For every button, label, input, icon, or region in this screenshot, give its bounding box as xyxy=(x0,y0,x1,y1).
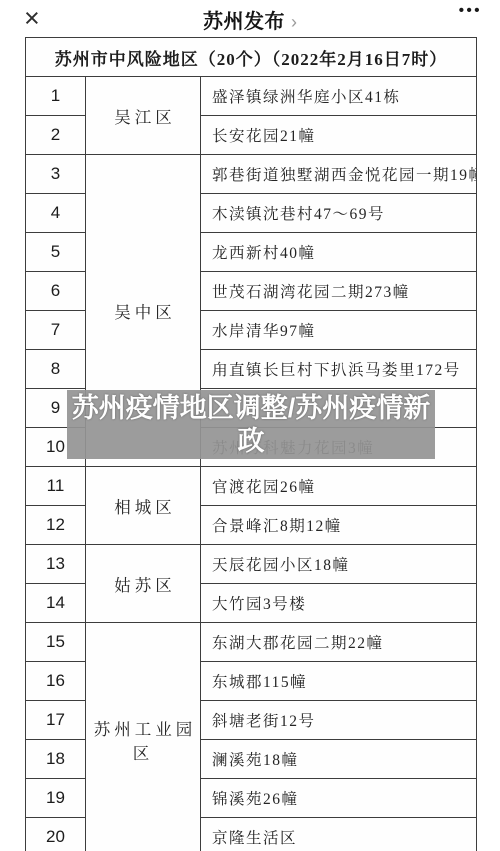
account-title[interactable]: 苏州发布› xyxy=(0,5,500,34)
table-row: 13姑苏区天辰花园小区18幢 xyxy=(26,545,477,584)
row-number-cell: 17 xyxy=(26,701,86,740)
chevron-right-icon: › xyxy=(291,12,297,32)
table-header-row: 苏州市中风险地区（20个）（2022年2月16日7时） xyxy=(26,38,477,77)
row-number-cell: 13 xyxy=(26,545,86,584)
location-cell: 长安花园21幢 xyxy=(201,116,477,155)
location-cell: 东城郡115幢 xyxy=(201,662,477,701)
row-number-cell: 11 xyxy=(26,467,86,506)
table-row: 1吴江区盛泽镇绿洲华庭小区41栋 xyxy=(26,77,477,116)
watermark-caption: 苏州疫情地区调整/苏州疫情新政 xyxy=(67,390,435,459)
row-number-cell: 5 xyxy=(26,233,86,272)
risk-table-body: 1吴江区盛泽镇绿洲华庭小区41栋2长安花园21幢3吴中区郭巷街道独墅湖西金悦花园… xyxy=(26,77,477,851)
location-cell: 合景峰汇8期12幢 xyxy=(201,506,477,545)
location-cell: 京隆生活区 xyxy=(201,818,477,851)
row-number-cell: 14 xyxy=(26,584,86,623)
row-number-cell: 20 xyxy=(26,818,86,851)
location-cell: 澜溪苑18幢 xyxy=(201,740,477,779)
row-number-cell: 16 xyxy=(26,662,86,701)
row-number-cell: 2 xyxy=(26,116,86,155)
location-cell: 东湖大郡花园二期22幢 xyxy=(201,623,477,662)
location-cell: 官渡花园26幢 xyxy=(201,467,477,506)
table-row: 15苏州工业园区东湖大郡花园二期22幢 xyxy=(26,623,477,662)
location-cell: 甪直镇长巨村下扒浜马娄里172号 xyxy=(201,350,477,389)
table-row: 3吴中区郭巷街道独墅湖西金悦花园一期19幢 xyxy=(26,155,477,194)
navbar: × 苏州发布› ••• xyxy=(0,0,500,36)
more-options-icon[interactable]: ••• xyxy=(459,2,482,19)
location-cell: 水岸清华97幢 xyxy=(201,311,477,350)
location-cell: 世茂石湖湾花园二期273幢 xyxy=(201,272,477,311)
row-number-cell: 1 xyxy=(26,77,86,116)
row-number-cell: 4 xyxy=(26,194,86,233)
district-cell: 吴江区 xyxy=(86,77,201,155)
row-number-cell: 3 xyxy=(26,155,86,194)
district-cell: 姑苏区 xyxy=(86,545,201,623)
location-cell: 龙西新村40幢 xyxy=(201,233,477,272)
table-title: 苏州市中风险地区（20个）（2022年2月16日7时） xyxy=(26,38,477,77)
row-number-cell: 18 xyxy=(26,740,86,779)
row-number-cell: 8 xyxy=(26,350,86,389)
location-cell: 郭巷街道独墅湖西金悦花园一期19幢 xyxy=(201,155,477,194)
table-row: 11相城区官渡花园26幢 xyxy=(26,467,477,506)
district-cell: 苏州工业园区 xyxy=(86,623,201,851)
location-cell: 盛泽镇绿洲华庭小区41栋 xyxy=(201,77,477,116)
row-number-cell: 19 xyxy=(26,779,86,818)
page-title: 苏州发布 xyxy=(203,11,285,33)
row-number-cell: 6 xyxy=(26,272,86,311)
row-number-cell: 7 xyxy=(26,311,86,350)
location-cell: 天辰花园小区18幢 xyxy=(201,545,477,584)
location-cell: 大竹园3号楼 xyxy=(201,584,477,623)
location-cell: 木渎镇沈巷村47～69号 xyxy=(201,194,477,233)
district-cell: 相城区 xyxy=(86,467,201,545)
row-number-cell: 12 xyxy=(26,506,86,545)
row-number-cell: 15 xyxy=(26,623,86,662)
location-cell: 斜塘老街12号 xyxy=(201,701,477,740)
location-cell: 锦溪苑26幢 xyxy=(201,779,477,818)
